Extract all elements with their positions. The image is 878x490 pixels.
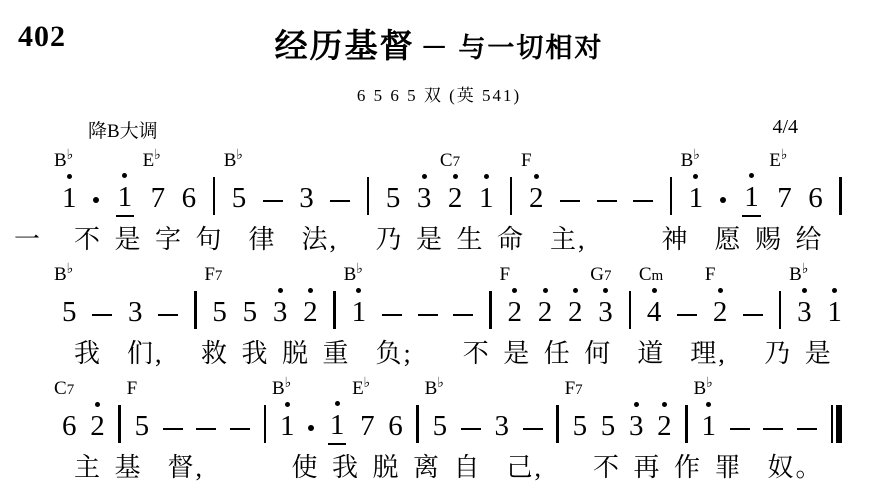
octave-dot: [512, 288, 517, 293]
dash-mark: [677, 314, 697, 317]
note: 5: [243, 283, 258, 329]
duration-dash: [158, 283, 178, 329]
note: 5: [386, 169, 401, 215]
dash-mark: [163, 428, 183, 431]
chord-label: G7: [590, 265, 611, 284]
note-digit: 1: [328, 409, 347, 445]
dash-mark: [453, 314, 473, 317]
note: 6: [182, 169, 197, 215]
note: B♭1: [280, 397, 295, 443]
dot-mark: [720, 197, 726, 203]
note: F2: [713, 283, 728, 329]
hymn-title-main: 经历基督: [275, 29, 415, 65]
dash-mark: [158, 314, 178, 317]
music-line-3: C762F5B♭11E♭76B♭53F75532B♭1: [62, 373, 842, 443]
octave-dot: [95, 402, 100, 407]
note-digit: 6: [62, 410, 77, 443]
note-digit: 7: [777, 182, 792, 215]
chord-label: F7: [565, 379, 583, 398]
note-digit: 1: [116, 181, 135, 217]
note: 2: [303, 283, 318, 329]
barline: [333, 283, 336, 329]
chord-label: B♭: [425, 377, 444, 398]
barline: [118, 397, 121, 443]
octave-dot-slot: [217, 288, 222, 293]
dash-mark: [633, 200, 653, 203]
octave-dot-slot: [499, 402, 504, 407]
note: B♭1: [702, 397, 717, 443]
key-signature: 降B大调: [88, 116, 158, 143]
note-digit: 5: [62, 296, 77, 329]
note: 1: [479, 169, 494, 215]
note: B♭3: [797, 283, 812, 329]
hymn-title: 经历基督－ 与一切相对: [0, 0, 878, 67]
note-digit: 7: [360, 410, 375, 443]
note: 1: [328, 397, 347, 443]
dash-mark: [196, 428, 216, 431]
note: 2: [568, 283, 583, 329]
duration-dash: [523, 397, 543, 443]
octave-dot-slot: [437, 402, 442, 407]
octave-dot: [356, 288, 361, 293]
note-digit: 3: [797, 296, 812, 329]
note: F2: [507, 283, 522, 329]
note-digit: 1: [689, 182, 704, 215]
octave-dot: [802, 288, 807, 293]
barline-thin: [831, 405, 834, 443]
barline-mark: [685, 405, 688, 443]
barline: [213, 169, 216, 215]
duration-dash: [196, 397, 216, 443]
note-digit: 6: [182, 182, 197, 215]
verse-number: 一: [14, 219, 74, 256]
octave-dot-slot: [304, 174, 309, 179]
note-digit: 2: [448, 182, 463, 215]
note-digit: 5: [386, 182, 401, 215]
octave-dot-slot: [139, 402, 144, 407]
note: C72: [448, 169, 463, 215]
note: E♭7: [777, 169, 792, 215]
barline: [629, 283, 632, 329]
octave-dot: [422, 174, 427, 179]
octave-dot-slot: [577, 402, 582, 407]
note-digit: 6: [388, 410, 403, 443]
note-digit: 2: [568, 296, 583, 329]
duration-dash: [763, 397, 783, 443]
note-digit: 3: [629, 410, 644, 443]
octave-dot-slot: [393, 402, 398, 407]
duration-dash: [92, 283, 112, 329]
octave-dot: [573, 288, 578, 293]
barline: [194, 283, 197, 329]
dash-mark: [418, 314, 438, 317]
note: B♭5: [433, 397, 448, 443]
octave-dot-slot: [391, 174, 396, 179]
barline: [264, 397, 267, 443]
final-barline: [831, 397, 842, 443]
note-digit: 2: [713, 296, 728, 329]
note-digit: 7: [151, 182, 166, 215]
note-digit: 1: [62, 182, 77, 215]
barline-mark: [416, 405, 419, 443]
key-time-row: 降B大调 4/4: [88, 116, 798, 143]
barline-thick: [836, 405, 842, 443]
note-digit: 2: [507, 296, 522, 329]
lyrics-text: 主 基 督, 使 我 脱 离 自 己, 不 再 作 罪 奴。: [74, 447, 824, 484]
barline-mark: [629, 291, 632, 329]
dash-mark: [92, 314, 112, 317]
barline-mark: [213, 177, 216, 215]
duration-dash: [418, 283, 438, 329]
octave-dot: [718, 288, 723, 293]
chord-label: B♭: [681, 149, 700, 170]
lyrics-text: 不 是 字 句 律 法, 乃 是 生 命 主, 神 愿 赐 给: [74, 219, 824, 256]
augmentation-dot: [93, 169, 99, 215]
note-digit: 5: [601, 410, 616, 443]
duration-dash: [382, 283, 402, 329]
note-digit: 1: [352, 296, 367, 329]
duration-dash: [453, 283, 473, 329]
octave-dot-slot: [247, 288, 252, 293]
chord-label: C7: [440, 151, 460, 170]
octave-dot: [67, 174, 72, 179]
note: B♭1: [352, 283, 367, 329]
octave-dot: [634, 402, 639, 407]
time-signature: 4/4: [772, 116, 798, 143]
barline: [556, 397, 559, 443]
barline-mark: [556, 405, 559, 443]
octave-dot: [832, 288, 837, 293]
hymn-title-subtitle: － 与一切相对: [421, 33, 604, 63]
octave-dot-slot: [782, 174, 787, 179]
chord-label: B♭: [344, 263, 363, 284]
note-digit: 1: [280, 410, 295, 443]
note: F75: [212, 283, 227, 329]
duration-dash: [263, 169, 283, 215]
barline-mark: [489, 291, 492, 329]
note-digit: 5: [573, 410, 588, 443]
duration-dash: [560, 169, 580, 215]
hymn-page: 402 经历基督－ 与一切相对 6 5 6 5 双 (英 541) 降B大调 4…: [0, 0, 878, 490]
octave-dot: [706, 402, 711, 407]
dash-mark: [461, 428, 481, 431]
note: B♭1: [689, 169, 704, 215]
dot-mark: [93, 197, 99, 203]
duration-dash: [597, 169, 617, 215]
barline-mark: [510, 177, 513, 215]
chord-label: B♭: [54, 149, 73, 170]
barline: [489, 283, 492, 329]
duration-dash: [461, 397, 481, 443]
barline-mark: [779, 291, 782, 329]
duration-dash: [230, 397, 250, 443]
note-digit: 1: [479, 182, 494, 215]
chord-label: E♭: [769, 149, 787, 170]
chord-label: B♭: [54, 263, 73, 284]
chord-label: E♭: [352, 377, 370, 398]
note-digit: 3: [495, 410, 510, 443]
octave-dot-slot: [67, 402, 72, 407]
note-digit: 3: [299, 182, 314, 215]
note: E♭7: [360, 397, 375, 443]
octave-dot-slot: [67, 288, 72, 293]
dash-mark: [330, 200, 350, 203]
note-digit: 6: [808, 182, 823, 215]
hymn-number: 402: [18, 20, 66, 54]
octave-dot: [453, 174, 458, 179]
barline: [839, 169, 842, 215]
note-digit: 2: [90, 410, 105, 443]
dash-mark: [263, 200, 283, 203]
barline-mark: [194, 291, 197, 329]
note-digit: 3: [128, 296, 143, 329]
duration-dash: [633, 169, 653, 215]
note-digit: 2: [529, 182, 544, 215]
octave-dot: [749, 173, 754, 178]
chord-label: F: [127, 379, 138, 398]
note-digit: 5: [243, 296, 258, 329]
note: 3: [417, 169, 432, 215]
note: 6: [388, 397, 403, 443]
augmentation-dot: [308, 397, 314, 443]
chord-label: E♭: [143, 149, 161, 170]
note: F5: [135, 397, 150, 443]
note: 3: [128, 283, 143, 329]
octave-dot-slot: [133, 288, 138, 293]
lyrics-line-2: 我 们, 救 我 脱 重 负; 不 是 任 何 道 理, 乃 是: [14, 329, 878, 373]
note: C76: [62, 397, 77, 443]
octave-dot-slot: [155, 174, 160, 179]
dash-mark: [797, 428, 817, 431]
note: 2: [657, 397, 672, 443]
note-digit: 5: [433, 410, 448, 443]
note: F2: [529, 169, 544, 215]
dash-mark: [560, 200, 580, 203]
music-line-2: B♭53F75532B♭1F222G73Cm4F2B♭31: [62, 259, 842, 329]
chord-label: F: [705, 265, 716, 284]
note: 5: [601, 397, 616, 443]
barline: [670, 169, 673, 215]
barline-mark: [839, 177, 842, 215]
barline-mark: [367, 177, 370, 215]
note: 2: [90, 397, 105, 443]
note-digit: 1: [827, 296, 842, 329]
meter-info: 6 5 6 5 双 (英 541): [0, 81, 878, 106]
dash-mark: [523, 428, 543, 431]
lyrics-line-1: 一不 是 字 句 律 法, 乃 是 生 命 主, 神 愿 赐 给: [14, 215, 878, 259]
augmentation-dot: [720, 169, 726, 215]
note: B♭5: [62, 283, 77, 329]
duration-dash: [730, 397, 750, 443]
octave-dot: [285, 402, 290, 407]
dash-mark: [382, 314, 402, 317]
chord-label: B♭: [224, 149, 243, 170]
barline-mark: [670, 177, 673, 215]
barline: [367, 169, 370, 215]
duration-dash: [797, 397, 817, 443]
octave-dot: [693, 174, 698, 179]
octave-dot: [652, 288, 657, 293]
duration-dash: [163, 397, 183, 443]
dash-mark: [230, 428, 250, 431]
chord-label: B♭: [272, 377, 291, 398]
note-digit: 2: [538, 296, 553, 329]
note: 6: [808, 169, 823, 215]
note: 3: [299, 169, 314, 215]
barline-mark: [264, 405, 267, 443]
octave-dot: [534, 174, 539, 179]
music-line-1: B♭11E♭76B♭5353C721F2B♭11E♭76: [62, 145, 842, 215]
chord-label: F: [521, 151, 532, 170]
score: B♭11E♭76B♭5353C721F2B♭11E♭76一不 是 字 句 律 法…: [0, 145, 878, 487]
note-digit: 3: [273, 296, 288, 329]
note-digit: 5: [135, 410, 150, 443]
lyrics-text: 我 们, 救 我 脱 重 负; 不 是 任 何 道 理, 乃 是: [74, 333, 833, 370]
octave-dot-slot: [813, 174, 818, 179]
barline: [685, 397, 688, 443]
octave-dot-slot: [236, 174, 241, 179]
note-digit: 4: [647, 296, 662, 329]
dot-mark: [308, 425, 314, 431]
dash-mark: [763, 428, 783, 431]
note: B♭1: [62, 169, 77, 215]
barline-mark: [333, 291, 336, 329]
note-digit: 5: [212, 296, 227, 329]
note: 1: [742, 169, 761, 215]
note-digit: 3: [417, 182, 432, 215]
barline: [510, 169, 513, 215]
note-digit: 2: [303, 296, 318, 329]
note-digit: 2: [657, 410, 672, 443]
lyrics-line-3: 主 基 督, 使 我 脱 离 自 己, 不 再 作 罪 奴。: [14, 443, 878, 487]
note: 1: [116, 169, 135, 215]
note-digit: 1: [702, 410, 717, 443]
note-digit: 3: [598, 296, 613, 329]
chord-label: F: [499, 265, 510, 284]
note: B♭5: [232, 169, 247, 215]
dash-mark: [597, 200, 617, 203]
barline-mark: [118, 405, 121, 443]
octave-dot-slot: [365, 402, 370, 407]
barline: [416, 397, 419, 443]
chord-label: Cm: [639, 265, 663, 284]
octave-dot: [662, 402, 667, 407]
note: E♭7: [151, 169, 166, 215]
octave-dot: [122, 173, 127, 178]
octave-dot: [308, 288, 313, 293]
note: Cm4: [647, 283, 662, 329]
duration-dash: [743, 283, 763, 329]
duration-dash: [330, 169, 350, 215]
octave-dot: [484, 174, 489, 179]
barline: [779, 283, 782, 329]
note: F75: [573, 397, 588, 443]
note: 3: [273, 283, 288, 329]
chord-label: B♭: [789, 263, 808, 284]
chord-label: C7: [54, 379, 74, 398]
octave-dot: [278, 288, 283, 293]
note: 2: [538, 283, 553, 329]
note-digit: 1: [742, 181, 761, 217]
dash-mark: [743, 314, 763, 317]
octave-dot: [603, 288, 608, 293]
chord-label: B♭: [694, 377, 713, 398]
note: G73: [598, 283, 613, 329]
note: 3: [629, 397, 644, 443]
octave-dot-slot: [606, 402, 611, 407]
octave-dot-slot: [186, 174, 191, 179]
note: 3: [495, 397, 510, 443]
note-digit: 5: [232, 182, 247, 215]
duration-dash: [677, 283, 697, 329]
chord-label: F7: [204, 265, 222, 284]
note: 1: [827, 283, 842, 329]
octave-dot: [543, 288, 548, 293]
octave-dot: [335, 401, 340, 406]
dash-mark: [730, 428, 750, 431]
